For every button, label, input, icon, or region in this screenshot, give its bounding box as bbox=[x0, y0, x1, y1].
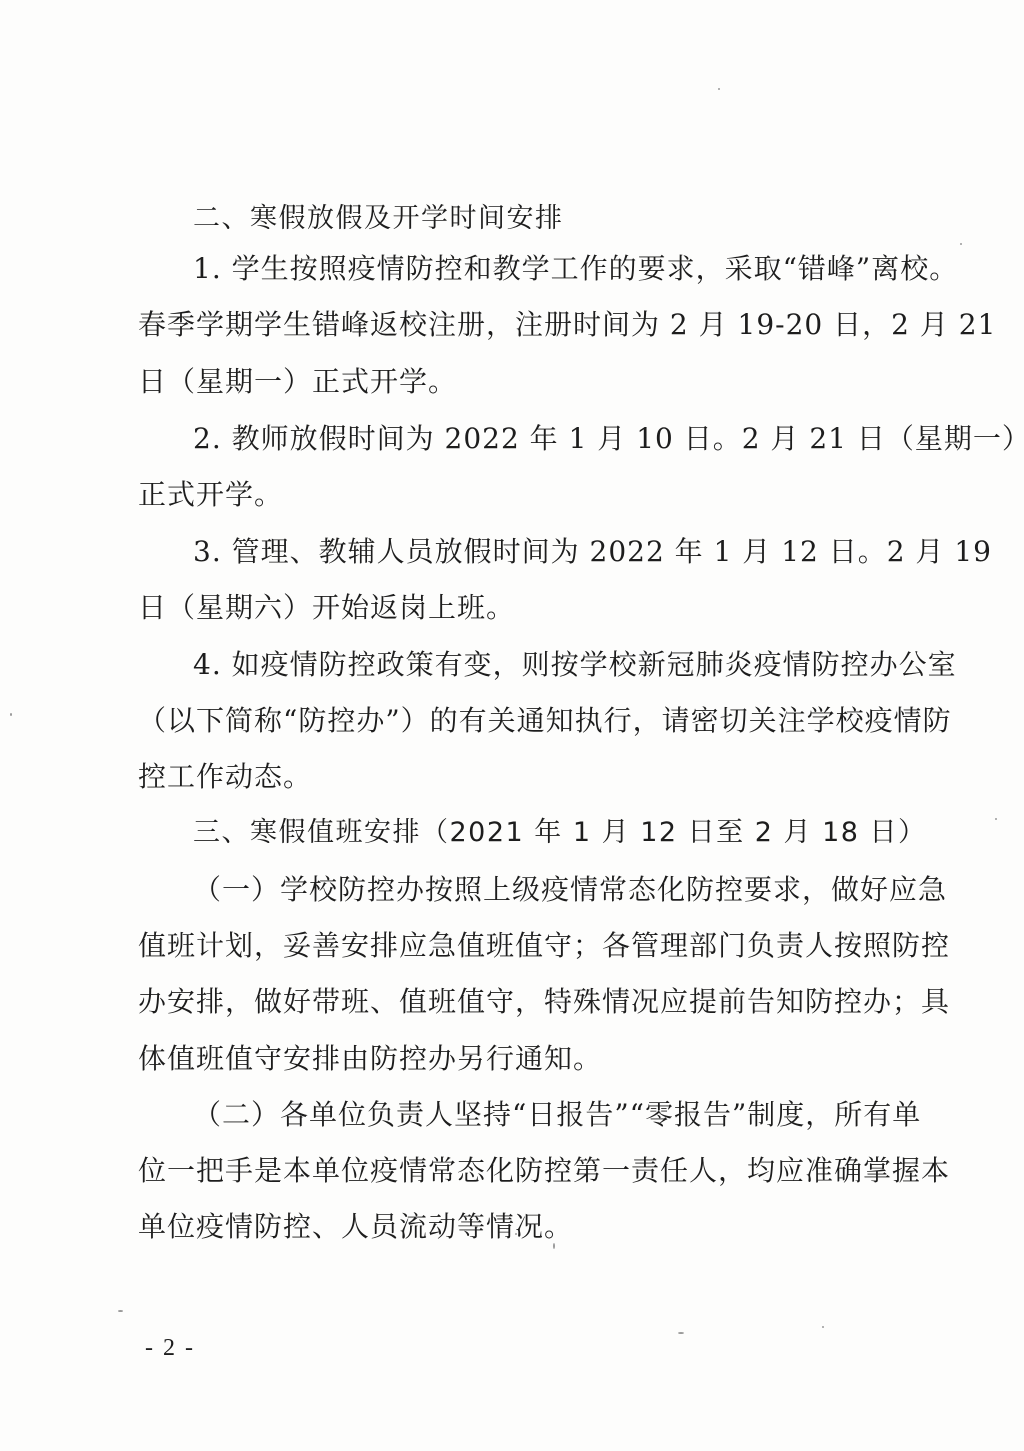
scan-speck bbox=[515, 1233, 517, 1235]
section-heading-winter-vacation-schedule: 二、寒假放假及开学时间安排 bbox=[193, 199, 908, 239]
paragraph-1-line-1: 1. 学生按照疫情防控和教学工作的要求，采取“错峰”离校。 bbox=[193, 249, 908, 289]
sub-paragraph-2-line-1: （二）各单位负责人坚持“日报告”“零报告”制度，所有单 bbox=[193, 1095, 908, 1135]
paragraph-3-line-2: 日（星期六）开始返岗上班。 bbox=[138, 588, 908, 628]
paragraph-1-line-3: 日（星期一）正式开学。 bbox=[138, 362, 908, 402]
scan-speck bbox=[718, 88, 720, 90]
scan-speck bbox=[960, 243, 962, 245]
paragraph-4-line-2: （以下简称“防控办”）的有关通知执行，请密切关注学校疫情防 bbox=[138, 701, 908, 741]
paragraph-2-line-2: 正式开学。 bbox=[138, 475, 908, 515]
document-page: 二、寒假放假及开学时间安排 1. 学生按照疫情防控和教学工作的要求，采取“错峰”… bbox=[0, 0, 1024, 1451]
scan-speck bbox=[995, 818, 997, 820]
paragraph-1-line-2: 春季学期学生错峰返校注册，注册时间为 2 月 19-20 日，2 月 21 bbox=[138, 305, 908, 345]
sub-paragraph-1-line-4: 体值班值守安排由防控办另行通知。 bbox=[138, 1039, 908, 1079]
section-heading-duty-arrangement: 三、寒假值班安排（2021 年 1 月 12 日至 2 月 18 日） bbox=[193, 813, 908, 853]
sub-paragraph-1-line-1: （一）学校防控办按照上级疫情常态化防控要求，做好应急 bbox=[193, 870, 908, 910]
sub-paragraph-2-line-2: 位一把手是本单位疫情常态化防控第一责任人，均应准确掌握本 bbox=[138, 1151, 908, 1191]
page-number: - 2 - bbox=[145, 1335, 195, 1362]
scan-speck bbox=[678, 1332, 684, 1334]
paragraph-2-line-1: 2. 教师放假时间为 2022 年 1 月 10 日。2 月 21 日（星期一） bbox=[193, 419, 908, 459]
scan-speck bbox=[118, 1310, 123, 1312]
sub-paragraph-2-line-3: 单位疫情防控、人员流动等情况。 bbox=[138, 1207, 908, 1247]
paragraph-4-line-3: 控工作动态。 bbox=[138, 757, 908, 797]
paragraph-4-line-1: 4. 如疫情防控政策有变，则按学校新冠肺炎疫情防控办公室 bbox=[193, 645, 908, 685]
sub-paragraph-1-line-3: 办安排，做好带班、值班值守，特殊情况应提前告知防控办；具 bbox=[138, 982, 908, 1022]
scan-speck bbox=[553, 1243, 555, 1249]
scan-speck bbox=[10, 713, 12, 716]
sub-paragraph-1-line-2: 值班计划，妥善安排应急值班值守；各管理部门负责人按照防控 bbox=[138, 926, 908, 966]
scan-speck bbox=[822, 1326, 824, 1328]
paragraph-3-line-1: 3. 管理、教辅人员放假时间为 2022 年 1 月 12 日。2 月 19 bbox=[193, 532, 908, 572]
